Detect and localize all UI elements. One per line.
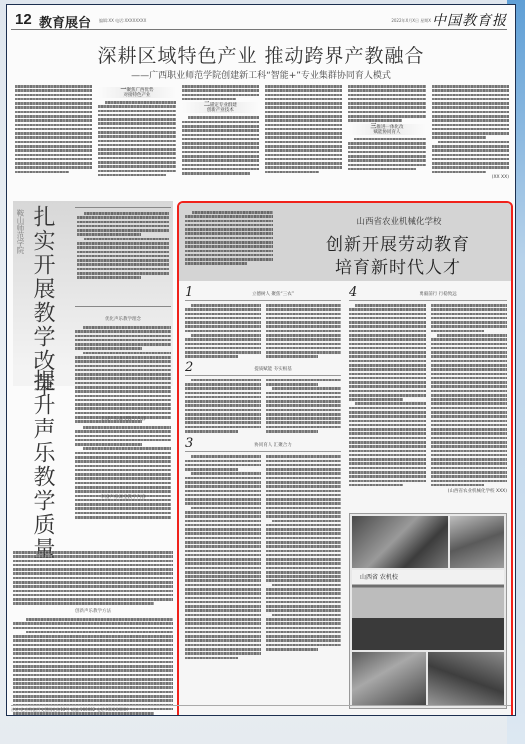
photo-field-work xyxy=(428,652,504,706)
photo-tractor xyxy=(352,652,426,706)
section-title: 立德树人 聚焦“三农” xyxy=(205,291,341,297)
newspaper-page: 12 教育展台 编辑:XX 电话:XXXXXXXX 2022年X月X日 星期X … xyxy=(6,4,516,716)
photo-classroom xyxy=(352,516,448,568)
section-title: 勇毅前行 行稳致远 xyxy=(369,291,507,297)
section-header: 2 提质赋能 夯实根基 xyxy=(185,364,341,376)
section-number: 2 xyxy=(185,360,193,375)
section-heading: 丰富声乐课堂教学内容 xyxy=(75,416,171,422)
byline: (XX XX) xyxy=(432,175,509,180)
section-number: 4 xyxy=(349,285,357,300)
left-article-title-2: 提升声乐教学质量 xyxy=(29,369,55,561)
text-column: 二锚定专业群建创新产业技术 xyxy=(182,85,259,193)
newspaper-logo: 中国教育报 xyxy=(432,10,507,30)
text-column xyxy=(265,85,342,193)
byline: (山西省农业机械化学校 XXX) xyxy=(431,488,508,494)
section-title: 协同育人 汇聚合力 xyxy=(205,442,341,448)
left-article-school: 鞍山师范学院 xyxy=(15,209,25,254)
subhead: 一聚焦广西优势对接特色产业 xyxy=(98,87,175,98)
top-article-subtitle: ——广西职业师范学院创建新工科“智能+”专业集群协同育人模式 xyxy=(7,68,515,81)
subhead: 二锚定专业群建创新产业技术 xyxy=(182,102,259,113)
article-school-name: 山西省农业机械化学校 xyxy=(289,215,509,227)
article-right-column: 4 勇毅前行 行稳致远 (山西省农业机械化学校 XXX) 山西省 农机校 xyxy=(349,289,507,716)
highlighted-article[interactable]: 山西省农业机械化学校 创新开展劳动教育 培育新时代人才 1 立德树人 聚焦“三农… xyxy=(177,201,513,716)
left-article: 鞍山师范学院 扎实开展教学改革 提升声乐教学质量 优化声乐教学理念 丰富声乐课堂… xyxy=(13,201,173,709)
editor-line: 编辑:XX 电话:XXXXXXXX xyxy=(99,18,146,24)
photo-gate-caption: 山西省 农机校 xyxy=(352,572,504,581)
text-column xyxy=(15,85,92,193)
section-header: 3 协同育人 汇聚合力 xyxy=(185,440,341,452)
article-title-line-1: 创新开展劳动教育 xyxy=(283,230,513,255)
top-article-body: 一聚焦广西优势对接特色产业 二锚定专业群建创新产业技术 三推进一体化改赋能协同育… xyxy=(15,85,509,193)
article-title-line-2: 培育新时代人才 xyxy=(283,253,513,278)
page-footer: 社址:北京海淀区文慧园北路10号 邮编:100082 电话:XXXXXXXX xyxy=(11,705,511,713)
text-column: 三推进一体化改赋能协同育人 xyxy=(348,85,425,193)
photo-collage: 山西省 农机校 xyxy=(349,513,507,709)
section-header: 1 立德树人 聚焦“三农” xyxy=(185,289,341,301)
left-article-text-wide: 创新声乐教学方法 (XXX) xyxy=(13,551,173,716)
photo-students xyxy=(450,516,504,568)
article-left-column: 1 立德树人 聚焦“三农” 2 提质赋能 夯实根基 3 协同育人 xyxy=(185,289,341,716)
text-column: 一聚焦广西优势对接特色产业 xyxy=(98,85,175,193)
section-number: 3 xyxy=(185,436,193,451)
text-column: (XX XX) xyxy=(432,85,509,193)
header-rule xyxy=(11,29,507,30)
section-header: 4 勇毅前行 行稳致远 xyxy=(349,289,507,301)
left-article-intro xyxy=(75,207,171,307)
date-line: 2022年X月X日 星期X xyxy=(391,18,431,24)
photo-school-gate xyxy=(352,570,504,650)
subhead: 三推进一体化改赋能协同育人 xyxy=(348,124,425,135)
section-number: 1 xyxy=(185,285,193,300)
article-intro xyxy=(185,211,273,267)
section-heading: 创新声乐教学方法 xyxy=(13,608,173,614)
masthead: 12 教育展台 编辑:XX 电话:XXXXXXXX 2022年X月X日 星期X … xyxy=(11,9,511,31)
left-article-text: 优化声乐教学理念 xyxy=(75,313,171,424)
page-number: 12 xyxy=(15,11,32,28)
section-heading: 优化声乐教学理念 xyxy=(75,316,171,322)
top-article-title: 深耕区域特色产业 推动跨界产教融合 xyxy=(7,41,515,68)
section-title: 提质赋能 夯实根基 xyxy=(205,366,341,372)
left-article-text: 丰富声乐课堂教学内容 xyxy=(75,413,171,520)
article-body: 1 立德树人 聚焦“三农” 2 提质赋能 夯实根基 3 协同育人 xyxy=(185,289,507,716)
